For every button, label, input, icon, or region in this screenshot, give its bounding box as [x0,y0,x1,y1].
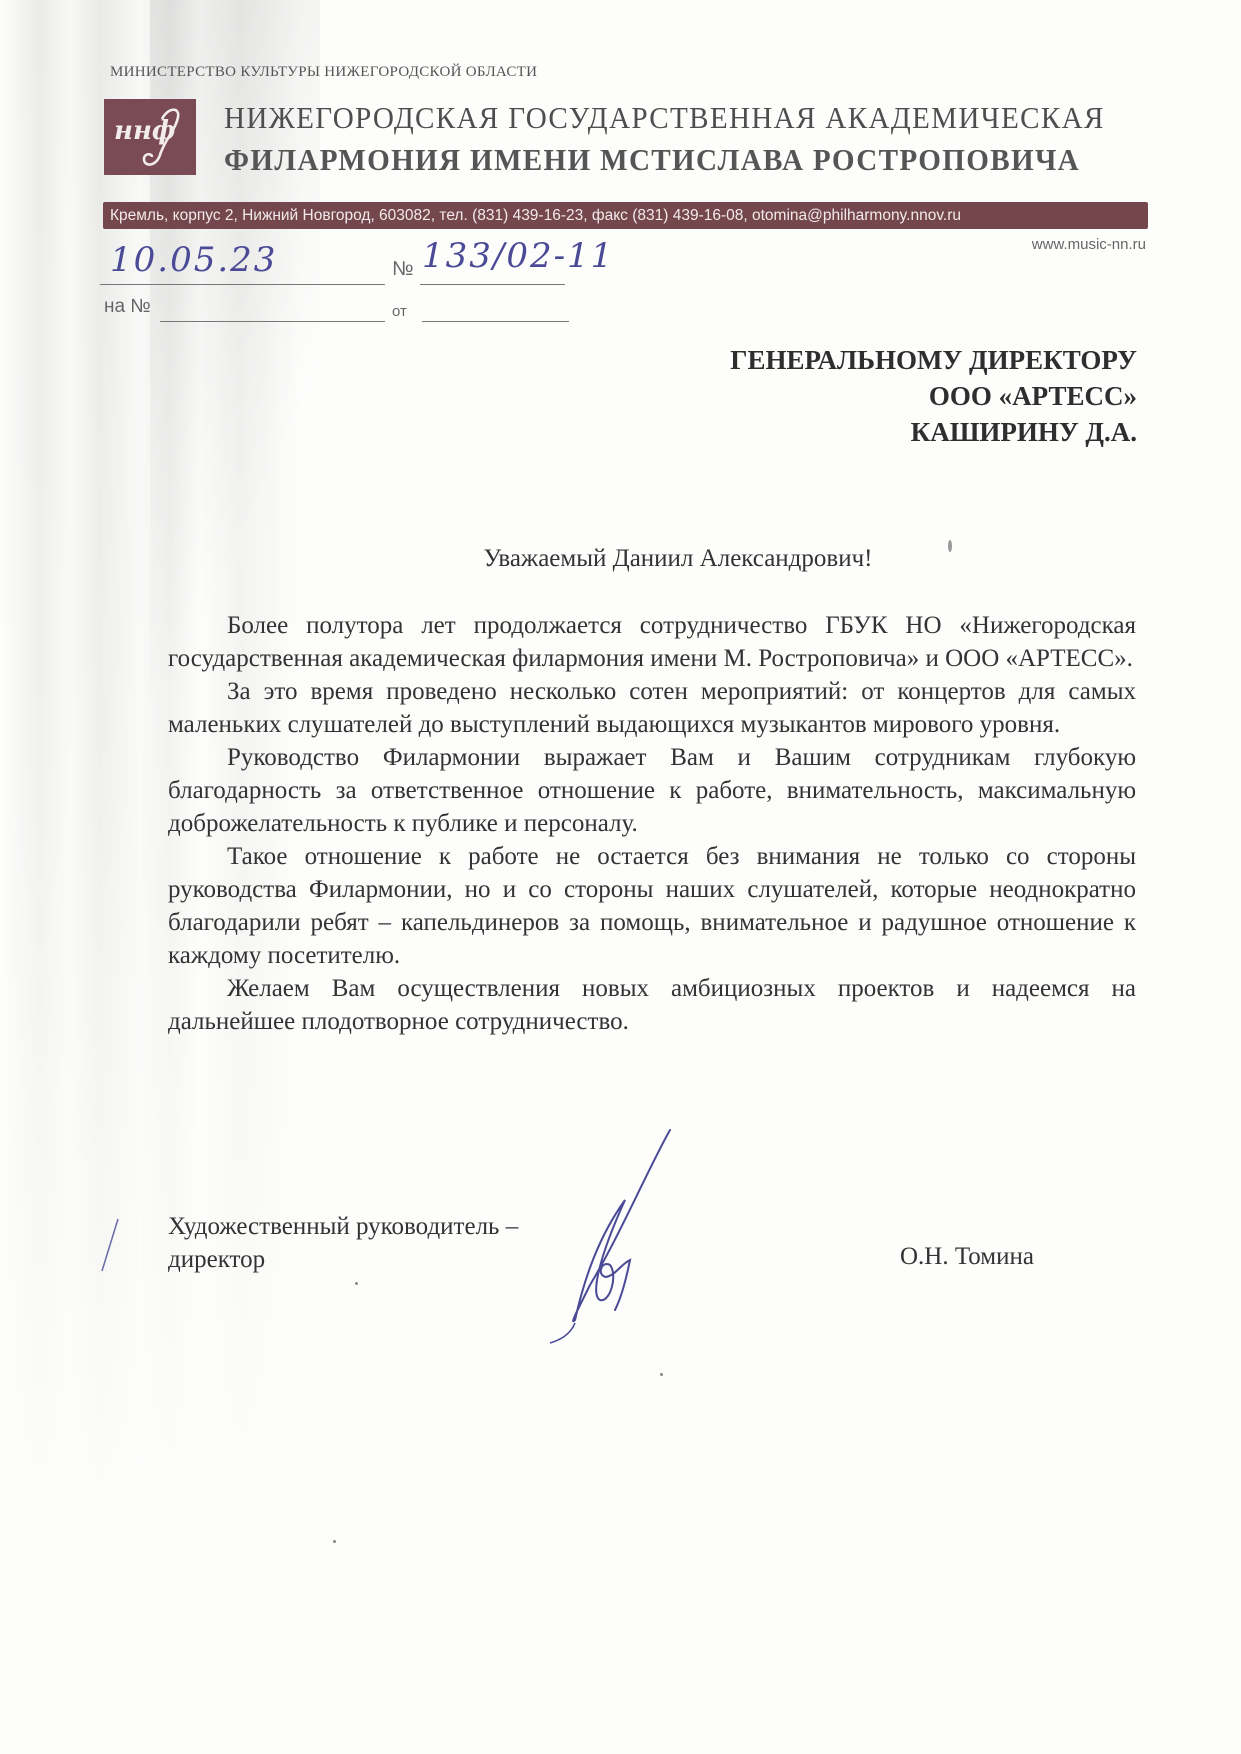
website-link[interactable]: www.music-nn.ru [1032,236,1146,253]
philharmonic-logo-icon: ннф [104,99,196,175]
number-label: № [392,258,413,281]
contact-address-bar: Кремль, корпус 2, Нижний Новгород, 60308… [103,202,1148,229]
body-paragraph: Желаем Вам осуществления новых амбициозн… [168,972,1136,1038]
body-paragraph: Такое отношение к работе не остается без… [168,840,1136,972]
scan-speck [948,540,952,552]
from-date-line [422,320,569,322]
margin-pen-mark-icon [96,1215,126,1275]
body-paragraph: За это время проведено несколько сотен м… [168,675,1136,741]
salutation: Уважаемый Даниил Александрович! [0,545,1241,573]
handwritten-signature-icon [530,1125,700,1345]
body-paragraph: Более полутора лет продолжается сотрудни… [168,609,1136,675]
signatory-title-line1: Художественный руководитель – [168,1210,518,1243]
ministry-name: МИНИСТЕРСТВО КУЛЬТУРЫ НИЖЕГОРОДСКОЙ ОБЛА… [110,64,537,81]
body-paragraph: Руководство Филармонии выражает Вам и Ва… [168,741,1136,840]
reference-number-label: на № [104,296,151,318]
signatory-name: О.Н. Томина [900,1243,1034,1271]
organization-name-line2: ФИЛАРМОНИЯ ИМЕНИ МСТИСЛАВА РОСТРОПОВИЧА [224,139,1105,181]
salutation-text: Уважаемый Даниил Александрович! [483,545,872,572]
recipient-name: КАШИРИНУ Д.А. [730,414,1137,450]
recipient-block: ГЕНЕРАЛЬНОМУ ДИРЕКТОРУ ООО «АРТЕСС» КАШИ… [730,342,1137,450]
recipient-company: ООО «АРТЕСС» [730,378,1137,414]
number-field-value: 133/02-11 [422,236,614,276]
letter-body: Более полутора лет продолжается сотрудни… [168,609,1136,1038]
from-date-label: от [392,303,407,320]
organization-name: НИЖЕГОРОДСКАЯ ГОСУДАРСТВЕННАЯ АКАДЕМИЧЕС… [224,97,1105,181]
date-field-line [100,283,385,285]
scan-speck [333,1540,336,1543]
signatory-title: Художественный руководитель – директор [168,1210,518,1276]
reference-number-line [160,320,385,322]
scan-speck [355,1282,358,1285]
signatory-title-line2: директор [168,1243,518,1276]
number-field-line [420,283,565,285]
date-field-value: 10.05.23 [110,240,277,280]
scan-speck [660,1373,663,1376]
organization-name-line1: НИЖЕГОРОДСКАЯ ГОСУДАРСТВЕННАЯ АКАДЕМИЧЕС… [224,97,1105,139]
recipient-position: ГЕНЕРАЛЬНОМУ ДИРЕКТОРУ [730,342,1137,378]
